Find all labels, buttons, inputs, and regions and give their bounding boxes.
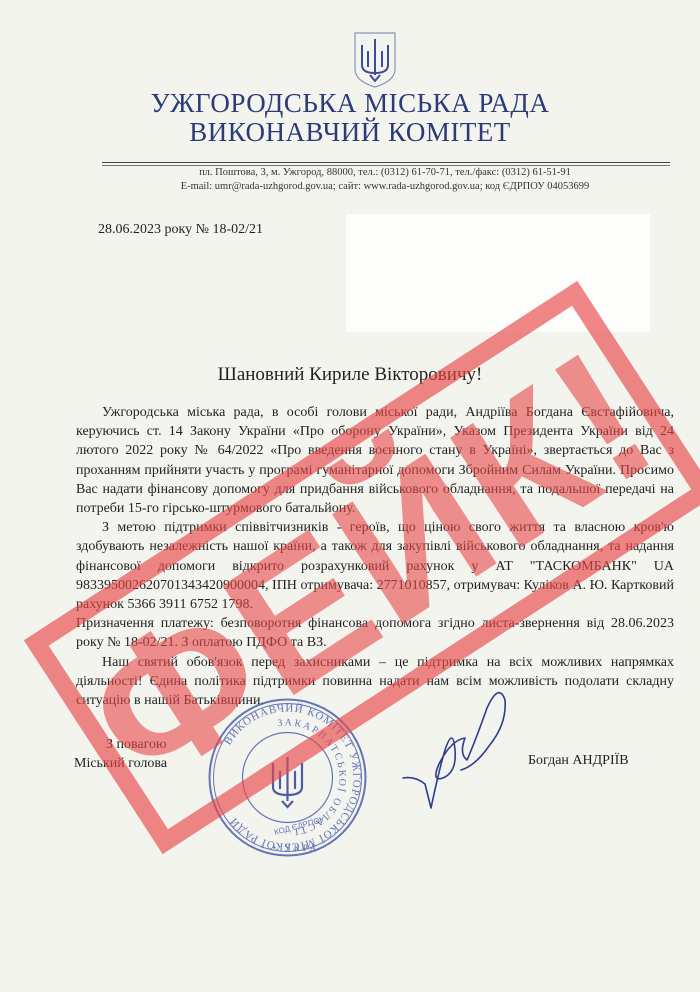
svg-text:• УКРА: • УКРА xyxy=(273,843,319,853)
body-paragraph: Призначення платежу: безповоротня фінанс… xyxy=(76,614,674,652)
organization-department: ВИКОНАВЧИЙ КОМІТЕТ xyxy=(0,117,700,147)
official-seal-icon: ВИКОНАВЧИЙ КОМІТЕТ УЖГОРОДСЬКОЇ МІСЬКОЇ … xyxy=(205,695,370,860)
trident-coat-of-arms-icon xyxy=(352,31,398,89)
letter-reference: 28.06.2023 року № 18-02/21 xyxy=(98,222,263,238)
body-paragraph: Ужгородська міська рада, в особі голови … xyxy=(76,403,674,518)
signer-name: Богдан АНДРІЇВ xyxy=(528,753,629,769)
redacted-addressee-block xyxy=(346,214,650,332)
closing-block: З повагою Міський голова xyxy=(74,735,167,773)
closing-regards: З повагою xyxy=(74,735,167,754)
body-paragraph: Наш святий обов'язок перед захисниками –… xyxy=(76,653,674,711)
body-paragraph: З метою підтримки співвітчизників - геро… xyxy=(76,518,674,614)
salutation: Шановний Кириле Вікторовичу! xyxy=(0,364,700,386)
header-divider xyxy=(102,162,670,163)
closing-title: Міський голова xyxy=(74,754,167,773)
contact-email-site: E-mail: umr@rada-uzhgorod.gov.ua; сайт: … xyxy=(70,180,700,194)
handwritten-signature-icon xyxy=(395,680,520,810)
letter-page: УЖГОРОДСЬКА МІСЬКА РАДА ВИКОНАВЧИЙ КОМІТ… xyxy=(0,0,700,992)
contact-address: пл. Поштова, 3, м. Ужгород, 88000, тел.:… xyxy=(70,166,700,180)
organization-name: УЖГОРОДСЬКА МІСЬКА РАДА xyxy=(0,88,700,118)
letter-body: Ужгородська міська рада, в особі голови … xyxy=(76,403,674,710)
